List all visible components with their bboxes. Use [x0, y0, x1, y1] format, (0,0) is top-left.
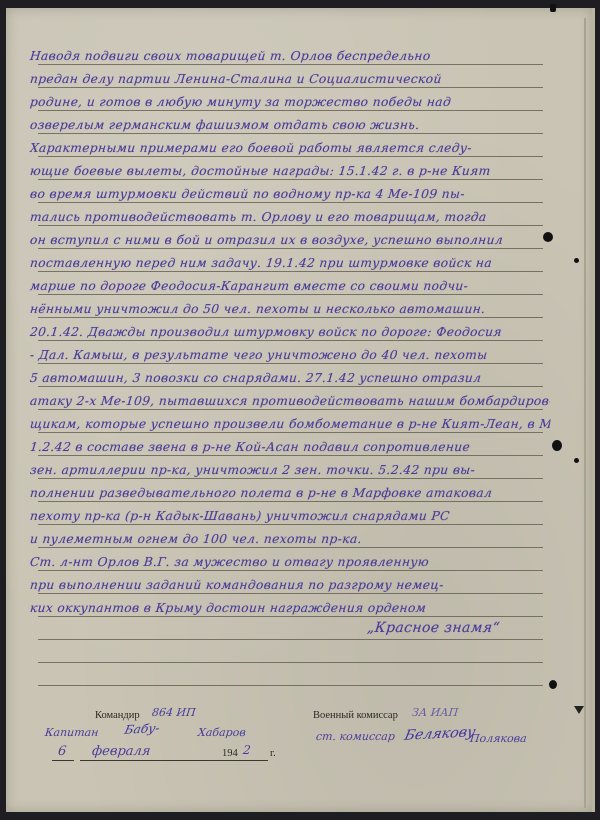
ruled-line [38, 156, 543, 157]
ruled-line [38, 662, 543, 663]
ruled-line [38, 202, 543, 203]
body-line: ющие боевые вылеты, достойные награды: 1… [29, 163, 551, 179]
body-line: полнении разведывательного полета в р-не… [29, 485, 551, 501]
scanned-page-background: Наводя подвиги своих товарищей т. Орлов … [0, 0, 600, 820]
ruled-line [38, 110, 543, 111]
ruled-line [38, 478, 543, 479]
ruled-line [38, 87, 543, 88]
ruled-line [38, 547, 543, 548]
ruled-line [38, 271, 543, 272]
ruled-line [38, 432, 543, 433]
body-line: родине, и готов в любую минуту за торжес… [29, 94, 551, 110]
punch-hole [543, 232, 553, 242]
body-line: атаку 2-х Ме-109, пытавшихся противодейс… [29, 393, 551, 409]
commissar-unit: ЗА ИАП [411, 706, 459, 719]
body-line: Характерными примерами его боевой работы… [29, 140, 551, 156]
award-name: „Красное знамя“ [29, 620, 501, 636]
date-day-underline [52, 760, 74, 761]
commissar-name: Полякова [469, 732, 527, 745]
commissar-label: Военный комиссар [313, 710, 398, 721]
commander-signature: Бабу- [123, 721, 161, 737]
ruled-line [38, 133, 543, 134]
commander-unit: 864 ИП [151, 706, 196, 719]
commander-name: Хабаров [197, 726, 246, 739]
ruled-line [38, 570, 543, 571]
commissar-rank: ст. комиссар [315, 730, 395, 743]
punch-hole [550, 4, 556, 12]
punch-hole [549, 680, 557, 689]
body-line: Ст. л-нт Орлов В.Г. за мужество и отвагу… [29, 554, 551, 570]
body-line: марше по дороге Феодосия-Карангит вместе… [29, 278, 551, 294]
ruled-line [38, 179, 543, 180]
ruled-line [38, 363, 543, 364]
ruled-line [38, 501, 543, 502]
body-line: 1.2.42 в составе звена в р-не Кой-Асан п… [29, 439, 551, 455]
ruled-line [38, 294, 543, 295]
ruled-line [38, 340, 543, 341]
paper-edge [584, 18, 586, 808]
date-year-unit: г. [270, 748, 276, 759]
date-month: февраля [91, 744, 151, 759]
date-year-prefix: 194 [222, 748, 238, 759]
punch-hole [574, 458, 579, 463]
body-line: и пулеметным огнем до 100 чел. пехоты пр… [29, 531, 551, 547]
ruled-line [38, 685, 543, 686]
commander-label: Командир [95, 710, 140, 721]
ruled-line [38, 248, 543, 249]
ruled-line [38, 455, 543, 456]
ruled-line [38, 639, 543, 640]
ruled-line [38, 616, 543, 617]
ruled-line [38, 409, 543, 410]
body-line: ких оккупантов в Крыму достоин награжден… [29, 600, 551, 616]
body-line: зен. артиллерии пр-ка, уничтожил 2 зен. … [29, 462, 551, 478]
body-line: 5 автомашин, 3 повозки со снарядами. 27.… [29, 370, 551, 386]
body-line: предан делу партии Ленина-Сталина и Соци… [29, 71, 551, 87]
punch-hole [574, 258, 579, 263]
ruled-line [38, 593, 543, 594]
ruled-line [38, 317, 543, 318]
punch-hole [552, 440, 562, 451]
ruled-line [38, 64, 543, 65]
body-line: поставленную перед ним задачу. 19.1.42 п… [29, 255, 551, 271]
body-line: Наводя подвиги своих товарищей т. Орлов … [29, 48, 551, 64]
body-line: нёнными уничтожил до 50 чел. пехоты и не… [29, 301, 551, 317]
ruled-line [38, 386, 543, 387]
body-line: - Дал. Камыш, в результате чего уничтоже… [29, 347, 551, 363]
date-year-suffix: 2 [242, 743, 251, 757]
body-line: при выполнении заданий командования по р… [29, 577, 551, 593]
body-line: 20.1.42. Дважды производил штурмовку вой… [29, 324, 551, 340]
body-line: он вступил с ними в бой и отразил их в в… [29, 232, 551, 248]
body-line: во время штурмовки действий по водному п… [29, 186, 551, 202]
ruled-line [38, 524, 543, 525]
commander-rank: Капитан [44, 726, 99, 739]
body-line: пехоту пр-ка (р-н Кадык-Шавань) уничтожи… [29, 508, 551, 524]
body-line: тались противодействовать т. Орлову и ег… [29, 209, 551, 225]
ruled-line [38, 225, 543, 226]
body-line: озверелым германским фашизмом отдать сво… [29, 117, 551, 133]
date-day: 6 [57, 744, 67, 759]
date-year-underline [180, 760, 268, 761]
body-line: щикам, которые успешно произвели бомбоме… [29, 416, 551, 432]
